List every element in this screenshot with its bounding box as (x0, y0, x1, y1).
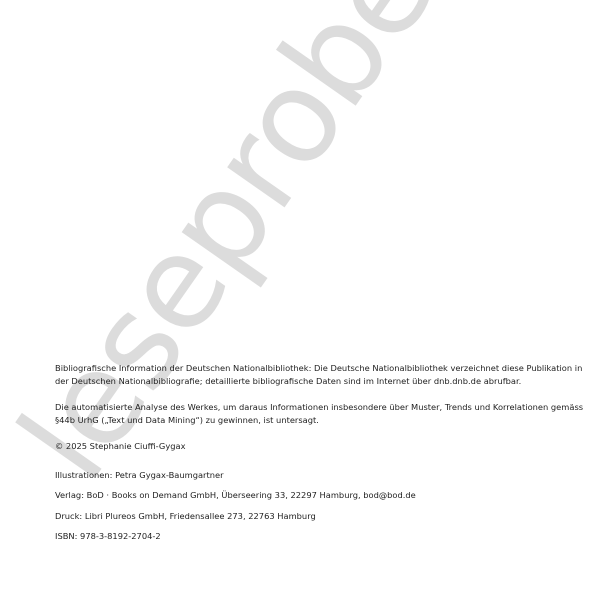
isbn-line: ISBN: 978-3-8192-2704-2 (55, 530, 555, 543)
text-data-mining-line-1: Die automatisierte Analyse des Werkes, u… (55, 401, 555, 414)
imprint-block: Bibliografische Information der Deutsche… (55, 362, 555, 543)
publisher-line: Verlag: BoD · Books on Demand GmbH, Über… (55, 489, 555, 502)
bibliographic-notice-line-1: Bibliografische Information der Deutsche… (55, 362, 555, 375)
illustrations-credit: Illustrationen: Petra Gygax-Baumgartner (55, 469, 555, 482)
bibliographic-notice-line-2: der Deutschen Nationalbibliografie; deta… (55, 375, 555, 388)
copyright-line: © 2025 Stephanie Ciuffi-Gygax (55, 440, 555, 453)
text-data-mining-line-2: §44b UrhG („Text und Data Mining“) zu ge… (55, 414, 555, 427)
imprint-page: leseprobe Bibliografische Information de… (0, 0, 600, 600)
bibliographic-notice: Bibliografische Information der Deutsche… (55, 362, 555, 387)
text-data-mining-notice: Die automatisierte Analyse des Werkes, u… (55, 401, 555, 426)
printer-line: Druck: Libri Plureos GmbH, Friedensallee… (55, 510, 555, 523)
